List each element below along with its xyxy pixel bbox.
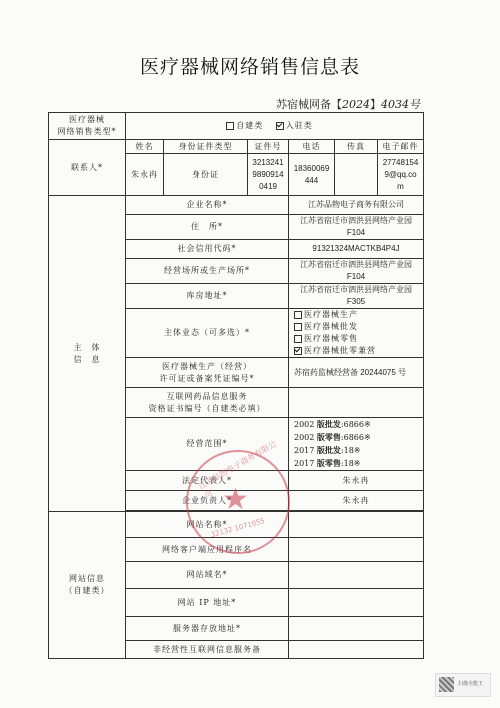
- label-license: 医疗器械生产（经营） 许可证或备案凭证编号*: [126, 358, 289, 388]
- value-icp: [289, 641, 424, 659]
- option-settled[interactable]: 入驻类: [276, 120, 313, 132]
- contact-header-row: 联系人* 姓名 身份证件类型 证件号 电话 传真 电子邮件: [49, 140, 424, 154]
- value-person-in-charge: 朱永冉: [289, 491, 424, 511]
- label-app-name: 网络客户端应用程序名: [126, 538, 289, 562]
- header-fax: 传真: [335, 140, 378, 154]
- contact-phone: 18360069 444: [289, 154, 335, 196]
- header-id-type: 身份证件类型: [164, 140, 248, 154]
- value-license: 苏宿药监械经营备 20244075 号: [289, 358, 424, 388]
- contact-fax: [335, 154, 378, 196]
- label-business-scope: 经营范围*: [126, 418, 289, 471]
- info-form-table: 医疗器械 网络销售类型* 自建类 入驻类 联系人* 姓名 身份证件类型 证件号 …: [48, 112, 424, 659]
- value-business-site: 江苏省宿迁市泗洪县网络产业园 F104: [289, 259, 424, 284]
- value-app-name: [289, 538, 424, 562]
- website-row-name: 网站信息 （自建类） 网站名称*: [49, 512, 424, 538]
- label-icp: 非经营性互联网信息服务备: [126, 641, 289, 659]
- sales-type-row: 医疗器械 网络销售类型* 自建类 入驻类: [49, 113, 424, 140]
- business-form-options: 医疗器械生产 医疗器械批发 医疗器械零售 医疗器械批零兼营: [289, 309, 424, 358]
- checkbox-self-built[interactable]: [226, 122, 234, 130]
- label-domicile: 住 所*: [126, 215, 289, 240]
- record-year: 2024: [342, 98, 370, 111]
- contact-label: 联系人*: [49, 140, 126, 196]
- header-name: 姓名: [126, 140, 164, 154]
- label-warehouse: 库房地址*: [126, 284, 289, 309]
- record-number: 苏宿械网备【2024】4034号: [276, 96, 420, 112]
- label-business-form: 主体业态（可多选）*: [126, 309, 289, 358]
- watermark-label: 扫描全能王: [458, 680, 483, 687]
- value-domicile: 江苏省宿迁市泗洪县网络产业园 F104: [289, 215, 424, 240]
- value-legal-rep: 朱永冉: [289, 471, 424, 491]
- contact-id-type: 身份证: [164, 154, 248, 196]
- entity-section-label: 主 体 信 息: [49, 196, 126, 512]
- scope-line: 2002 版零售:6866※: [294, 431, 421, 444]
- label-company-name: 企业名称*: [126, 196, 289, 215]
- value-server: [289, 617, 424, 641]
- scope-line: 2002 版批发:6866※: [294, 418, 421, 431]
- label-legal-rep: 法定代表人*: [126, 471, 289, 491]
- label-domain: 网站域名*: [126, 562, 289, 589]
- entity-row-company-name: 主 体 信 息 企业名称* 江苏品物电子商务有限公司: [49, 196, 424, 215]
- contact-id-number: 3213241 9890914 0419: [248, 154, 289, 196]
- label-ip: 网站 IP 地址*: [126, 589, 289, 617]
- website-section-label: 网站信息 （自建类）: [49, 512, 126, 659]
- label-internet-drug-cert: 互联网药品信息服务 资格证书编号（自建类必填）: [126, 388, 289, 418]
- qr-code-icon: [439, 677, 454, 692]
- label-server: 服务器存放地址*: [126, 617, 289, 641]
- checkbox-wholesale-retail[interactable]: [294, 347, 302, 355]
- document-title: 医疗器械网络销售信息表: [0, 52, 500, 79]
- checkbox-manufacture[interactable]: [294, 311, 302, 319]
- value-ip: [289, 589, 424, 617]
- option-manufacture[interactable]: 医疗器械生产: [294, 309, 358, 321]
- value-website-name: [289, 512, 424, 538]
- header-phone: 电话: [289, 140, 335, 154]
- value-business-scope: 2002 版批发:6866※ 2002 版零售:6866※ 2017 版批发:1…: [289, 418, 424, 471]
- option-wholesale-retail[interactable]: 医疗器械批零兼营: [294, 345, 376, 357]
- option-wholesale[interactable]: 医疗器械批发: [294, 321, 358, 333]
- value-credit-code: 91321324MACTKB4P4J: [289, 240, 424, 259]
- scope-line: 2017 版零售:18※: [294, 457, 421, 470]
- checkbox-settled[interactable]: [276, 122, 284, 130]
- option-self-built[interactable]: 自建类: [226, 120, 263, 132]
- sales-type-label: 医疗器械 网络销售类型*: [49, 113, 126, 140]
- value-domain: [289, 562, 424, 589]
- option-retail[interactable]: 医疗器械零售: [294, 333, 358, 345]
- header-id-number: 证件号: [248, 140, 289, 154]
- checkbox-wholesale[interactable]: [294, 323, 302, 331]
- label-business-site: 经营场所或生产场所*: [126, 259, 289, 284]
- value-company-name: 江苏品物电子商务有限公司: [289, 196, 424, 215]
- sales-type-options: 自建类 入驻类: [126, 113, 424, 140]
- header-email: 电子邮件: [378, 140, 424, 154]
- value-warehouse: 江苏省宿迁市泗洪县网络产业园 F305: [289, 284, 424, 309]
- scope-line: 2017 版批发:18※: [294, 444, 421, 457]
- label-person-in-charge: 企业负责人*: [126, 491, 289, 511]
- checkbox-retail[interactable]: [294, 335, 302, 343]
- label-website-name: 网站名称*: [126, 512, 289, 538]
- label-credit-code: 社会信用代码*: [126, 240, 289, 259]
- contact-email: 27748154 9@qq.co m: [378, 154, 424, 196]
- contact-name: 朱永冉: [126, 154, 164, 196]
- scanner-watermark: 扫描全能王: [435, 673, 491, 697]
- record-number-handwritten: 4034号: [381, 98, 420, 111]
- value-internet-drug-cert: [289, 388, 424, 418]
